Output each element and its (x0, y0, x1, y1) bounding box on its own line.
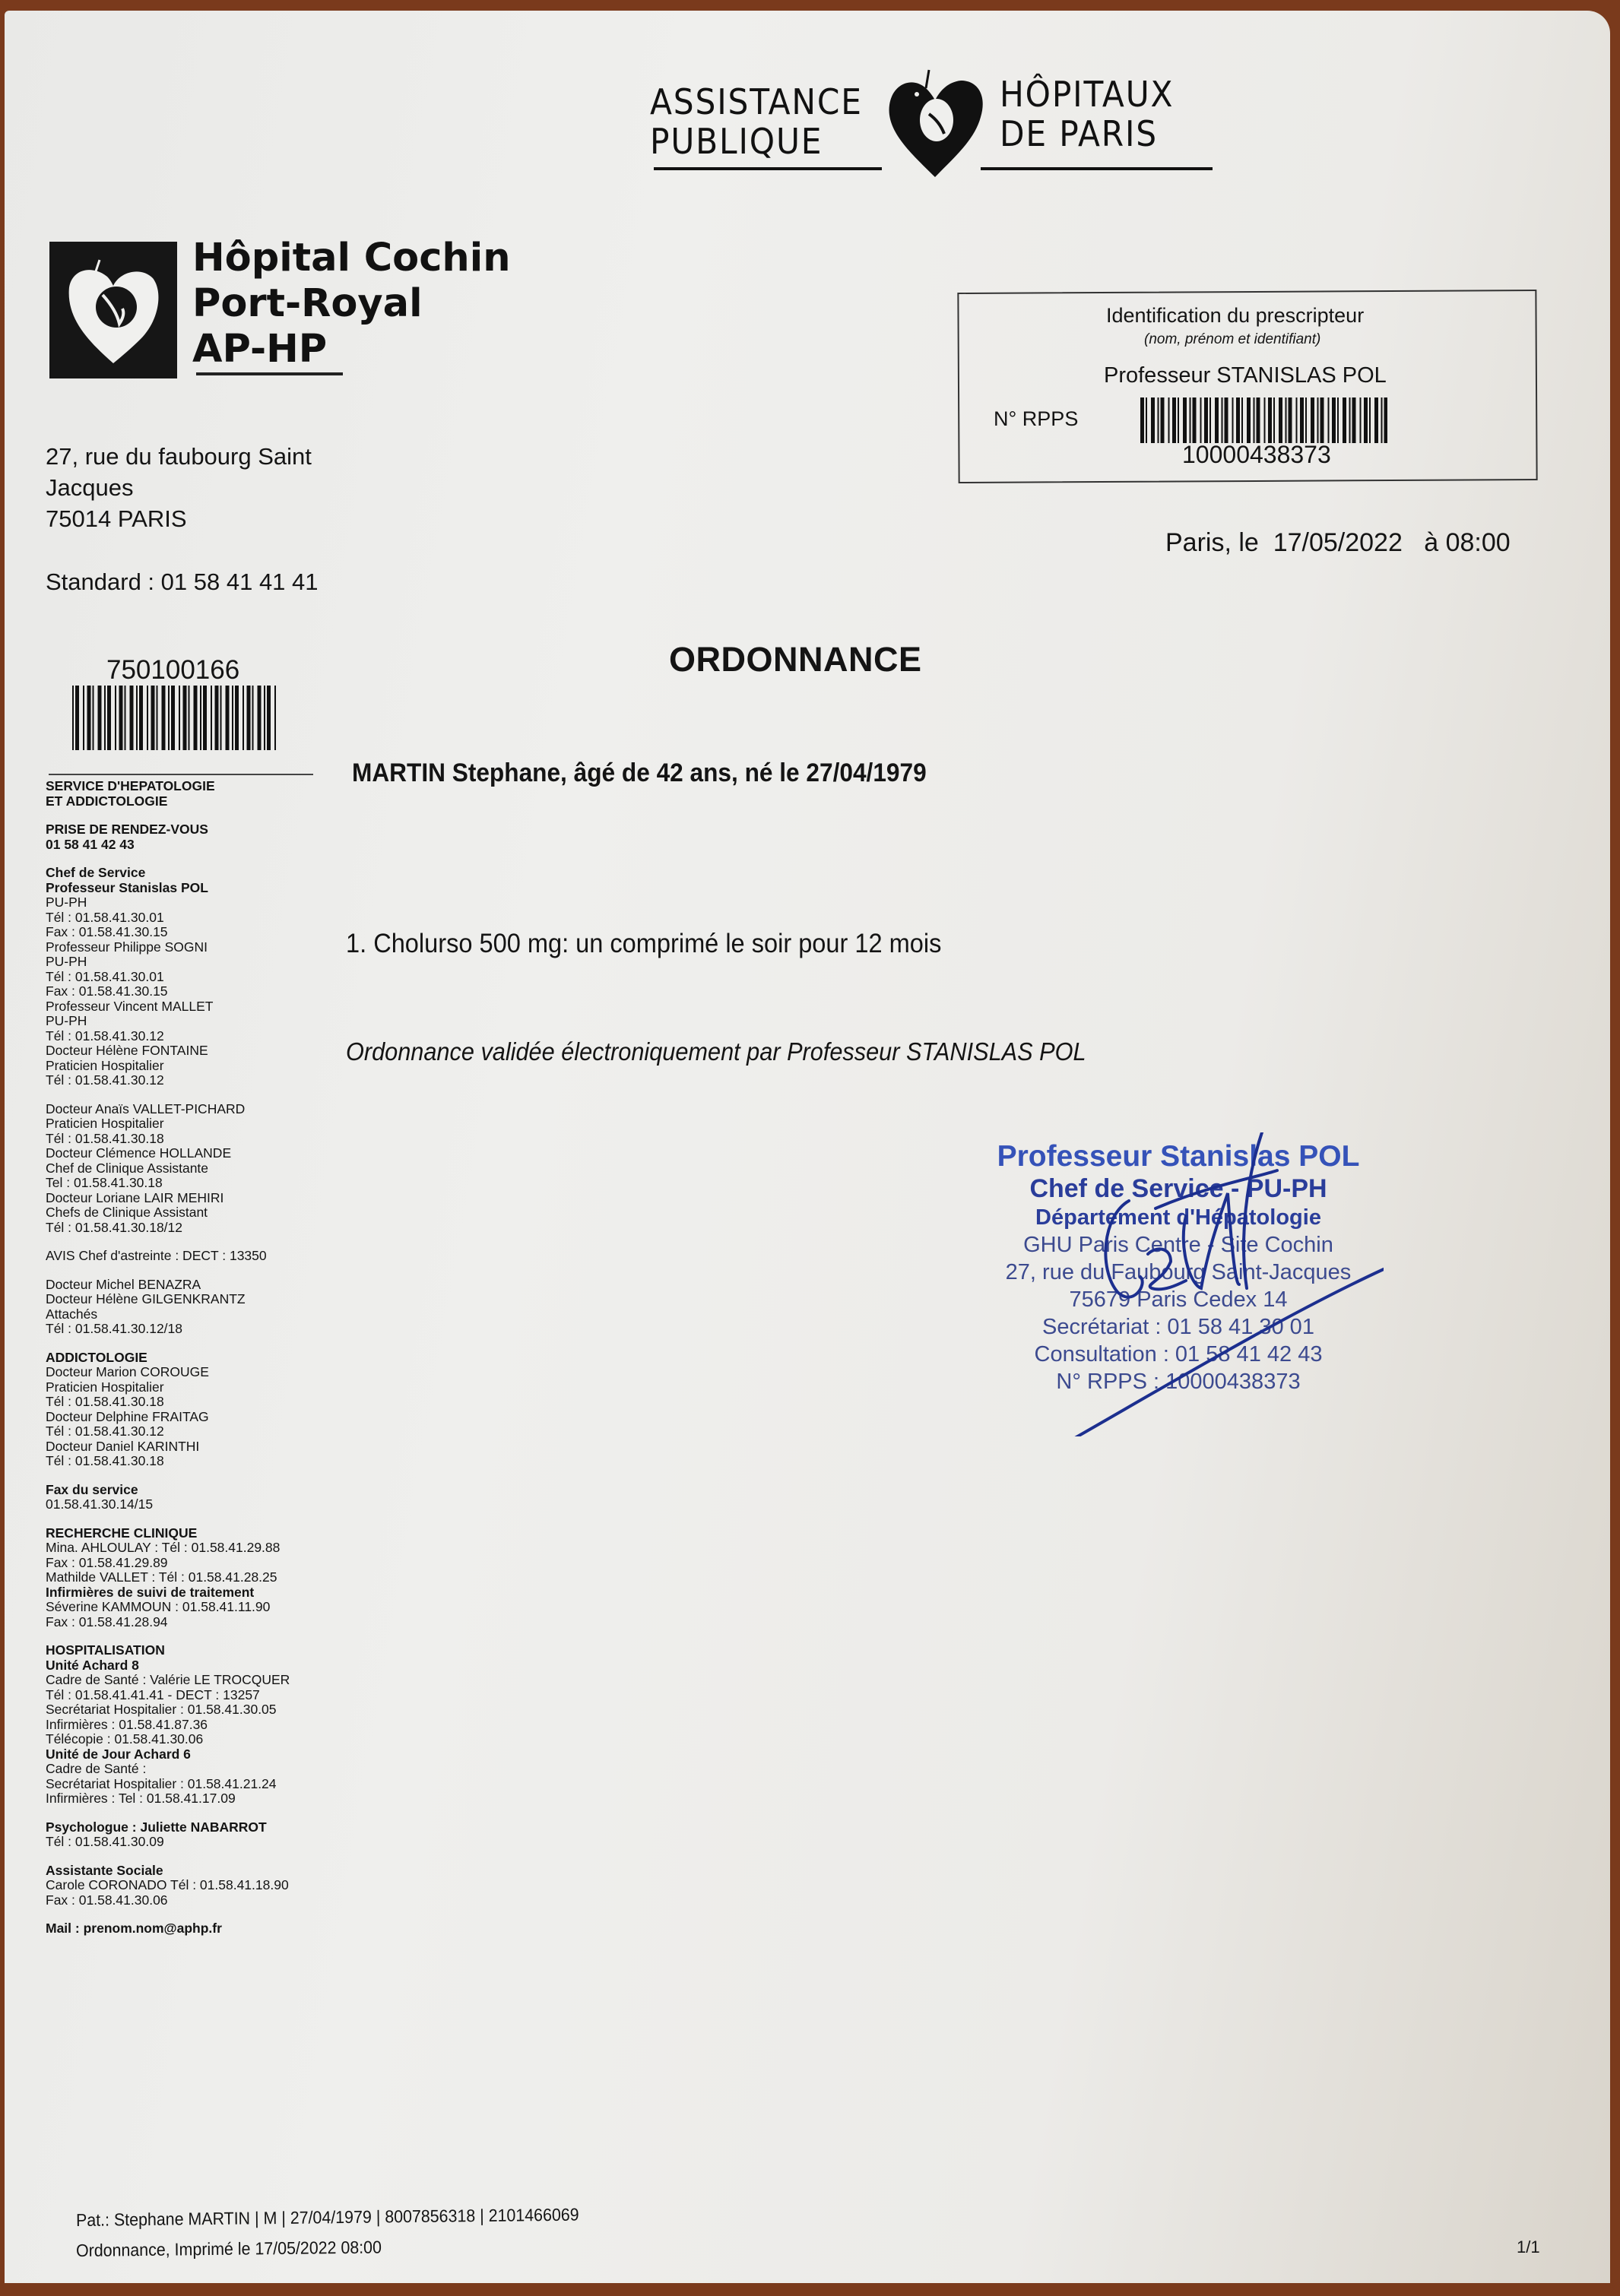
directory-line: AVIS Chef d'astreinte : DECT : 13350 (46, 1249, 327, 1264)
hospital-address: 27, rue du faubourg Saint Jacques 75014 … (46, 441, 312, 534)
directory-block: Docteur Anaïs VALLET-PICHARDPraticien Ho… (46, 1102, 327, 1236)
spacer (46, 852, 327, 866)
aphp-heart-bird-icon (49, 242, 177, 378)
directory-block: Docteur Michel BENAZRADocteur Hélène GIL… (46, 1278, 327, 1337)
directory-line: Infirmières de suivi de traitement (46, 1585, 327, 1601)
directory-line: Chef de Clinique Assistante (46, 1161, 327, 1177)
directory-line: Carole CORONADO Tél : 01.58.41.18.90 (46, 1878, 327, 1893)
directory-line: Docteur Delphine FRAITAG (46, 1410, 327, 1425)
sidebar-divider (49, 774, 313, 775)
prescriber-name: Professeur STANISLAS POL (1104, 363, 1387, 388)
directory-line: Infirmières : Tel : 01.58.41.17.09 (46, 1791, 327, 1807)
directory-line: Tél : 01.58.41.30.01 (46, 970, 327, 985)
spacer (46, 1850, 327, 1864)
hospital-phone: Standard : 01 58 41 41 41 (46, 568, 319, 596)
directory-line: 01.58.41.30.14/15 (46, 1497, 327, 1512)
aphp-rule-left (654, 167, 882, 170)
directory-block: ADDICTOLOGIEDocteur Marion COROUGEPratic… (46, 1351, 327, 1469)
footer-printed-line: Ordonnance, Imprimé le 17/05/2022 08:00 (76, 2237, 382, 2261)
spacer (46, 1337, 327, 1351)
directory-block: AVIS Chef d'astreinte : DECT : 13350 (46, 1249, 327, 1264)
directory-line: Unité Achard 8 (46, 1658, 327, 1674)
finess-barcode (72, 686, 281, 750)
directory-line: Professeur Stanislas POL (46, 881, 327, 896)
prescriber-box-subtitle: (nom, prénom et identifiant) (1144, 331, 1320, 348)
directory-line: Fax : 01.58.41.30.15 (46, 925, 327, 940)
spacer (46, 1235, 327, 1249)
directory-block: Mail : prenom.nom@aphp.fr (46, 1921, 327, 1937)
directory-line: Tél : 01.58.41.30.12 (46, 1029, 327, 1044)
directory-line: Fax : 01.58.41.29.89 (46, 1556, 327, 1571)
directory-line: Fax : 01.58.41.30.06 (46, 1893, 327, 1908)
directory-line: Tél : 01.58.41.30.18 (46, 1395, 327, 1410)
directory-line: PU-PH (46, 895, 327, 910)
directory-block: Chef de ServiceProfesseur Stanislas POLP… (46, 866, 327, 1088)
directory-line: Tel : 01.58.41.30.18 (46, 1176, 327, 1191)
directory-line: Unité de Jour Achard 6 (46, 1747, 327, 1762)
directory-line: Docteur Marion COROUGE (46, 1365, 327, 1380)
directory-line: Infirmières : 01.58.41.87.36 (46, 1718, 327, 1733)
directory-line: Tél : 01.58.41.30.12/18 (46, 1322, 327, 1337)
aphp-logo: ASSISTANCE PUBLIQUE HÔPITAUX DE PARIS (650, 67, 1216, 173)
spacer (46, 1629, 327, 1643)
directory-line: Tél : 01.58.41.30.12 (46, 1073, 327, 1088)
directory-line: Docteur Michel BENAZRA (46, 1278, 327, 1293)
directory-block: Assistante SocialeCarole CORONADO Tél : … (46, 1864, 327, 1908)
directory-line: Tél : 01.58.41.30.09 (46, 1835, 327, 1850)
directory-line: Fax du service (46, 1483, 327, 1498)
directory-block: Psychologue : Juliette NABARROTTél : 01.… (46, 1820, 327, 1850)
spacer (46, 1937, 327, 1950)
directory-block: HOSPITALISATIONUnité Achard 8Cadre de Sa… (46, 1643, 327, 1807)
hospital-logo (49, 242, 177, 378)
directory-line: Psychologue : Juliette NABARROT (46, 1820, 327, 1835)
directory-line: Fax : 01.58.41.30.15 (46, 984, 327, 999)
directory-line: Professeur Philippe SOGNI (46, 940, 327, 955)
directory-line[interactable]: Mail : prenom.nom@aphp.fr (46, 1921, 327, 1937)
electronic-validation-note: Ordonnance validée électroniquement par … (346, 1037, 1086, 1066)
directory-line: HOSPITALISATION (46, 1643, 327, 1658)
directory-line: ET ADDICTOLOGIE (46, 794, 327, 809)
spacer (46, 1512, 327, 1526)
directory-block: RECHERCHE CLINIQUEMina. AHLOULAY : Tél :… (46, 1526, 327, 1630)
directory-line: Secrétariat Hospitalier : 01.58.41.21.24 (46, 1777, 327, 1792)
rpps-barcode (1140, 397, 1387, 443)
prescription-item: 1. Cholurso 500 mg: un comprimé le soir … (346, 929, 941, 959)
finess-number: 750100166 (106, 655, 239, 686)
directory-line: Télécopie : 01.58.41.30.06 (46, 1732, 327, 1747)
directory-line: Docteur Hélène FONTAINE (46, 1043, 327, 1059)
directory-line: Cadre de Santé : Valérie LE TROCQUER (46, 1673, 327, 1688)
directory-line: Secrétariat Hospitalier : 01.58.41.30.05 (46, 1702, 327, 1718)
directory-block: SERVICE D'HEPATOLOGIEET ADDICTOLOGIE (46, 779, 327, 809)
spacer (46, 1264, 327, 1278)
document-title: ORDONNANCE (669, 640, 922, 679)
directory-line: SERVICE D'HEPATOLOGIE (46, 779, 327, 794)
directory-line: Séverine KAMMOUN : 01.58.41.11.90 (46, 1600, 327, 1615)
spacer (46, 1807, 327, 1820)
rpps-label: N° RPPS (994, 407, 1078, 431)
aphp-logo-left-text: ASSISTANCE PUBLIQUE (650, 82, 863, 161)
directory-line: Cadre de Santé : (46, 1762, 327, 1777)
spacer (46, 1908, 327, 1921)
directory-line: Tél : 01.58.41.30.18 (46, 1132, 327, 1147)
directory-line: PU-PH (46, 1014, 327, 1029)
spacer (46, 1088, 327, 1102)
directory-line: Praticien Hospitalier (46, 1380, 327, 1395)
spacer (46, 809, 327, 822)
directory-line: Tél : 01.58.41.30.18/12 (46, 1221, 327, 1236)
directory-line: Fax : 01.58.41.28.94 (46, 1615, 327, 1630)
directory-line: Praticien Hospitalier (46, 1116, 327, 1132)
directory-line: RECHERCHE CLINIQUE (46, 1526, 327, 1541)
directory-line: Docteur Clémence HOLLANDE (46, 1146, 327, 1161)
directory-line: PRISE DE RENDEZ-VOUS (46, 822, 327, 838)
directory-line: 01 58 41 42 43 (46, 838, 327, 853)
directory-line: Tél : 01.58.41.41.41 - DECT : 13257 (46, 1688, 327, 1703)
directory-line: Assistante Sociale (46, 1864, 327, 1879)
directory-line: Mina. AHLOULAY : Tél : 01.58.41.29.88 (46, 1541, 327, 1556)
directory-line: ADDICTOLOGIE (46, 1351, 327, 1366)
directory-line: Docteur Hélène GILGENKRANTZ (46, 1292, 327, 1307)
directory-block: Fax du service01.58.41.30.14/15 (46, 1483, 327, 1512)
directory-block: PRISE DE RENDEZ-VOUS01 58 41 42 43 (46, 822, 327, 852)
directory-line: Docteur Loriane LAIR MEHIRI (46, 1191, 327, 1206)
directory-line: Docteur Anaïs VALLET-PICHARD (46, 1102, 327, 1117)
prescription-date: Paris, le 17/05/2022 à 08:00 (1165, 528, 1511, 558)
aphp-rule-right (981, 167, 1213, 170)
aphp-logo-right-text: HÔPITAUX DE PARIS (1000, 74, 1174, 154)
directory-line: Docteur Daniel KARINTHI (46, 1439, 327, 1455)
hospital-name-underline (196, 372, 343, 375)
directory-line: Chefs de Clinique Assistant (46, 1205, 327, 1221)
directory-line: Attachés (46, 1307, 327, 1322)
spacer (46, 1469, 327, 1483)
directory-line: Professeur Vincent MALLET (46, 999, 327, 1015)
directory-line: Chef de Service (46, 866, 327, 881)
patient-info: MARTIN Stephane, âgé de 42 ans, né le 27… (352, 758, 927, 788)
directory-line: Tél : 01.58.41.30.12 (46, 1424, 327, 1439)
directory-line: Mathilde VALLET : Tél : 01.58.41.28.25 (46, 1570, 327, 1585)
directory-line: Tél : 01.58.41.30.01 (46, 910, 327, 926)
aphp-heart-bird-icon (882, 67, 988, 181)
rpps-number: 10000438373 (1182, 441, 1331, 469)
hospital-name: Hôpital Cochin Port-Royal AP-HP (192, 236, 511, 372)
page-number: 1/1 (1517, 2237, 1540, 2257)
directory-line: Praticien Hospitalier (46, 1059, 327, 1074)
directory-line: PU-PH (46, 955, 327, 970)
service-directory-sidebar: SERVICE D'HEPATOLOGIEET ADDICTOLOGIEPRIS… (46, 779, 327, 1950)
directory-line: Tél : 01.58.41.30.18 (46, 1454, 327, 1469)
prescriber-box-title: Identification du prescripteur (1106, 304, 1364, 328)
handwritten-signature (1057, 1132, 1384, 1436)
